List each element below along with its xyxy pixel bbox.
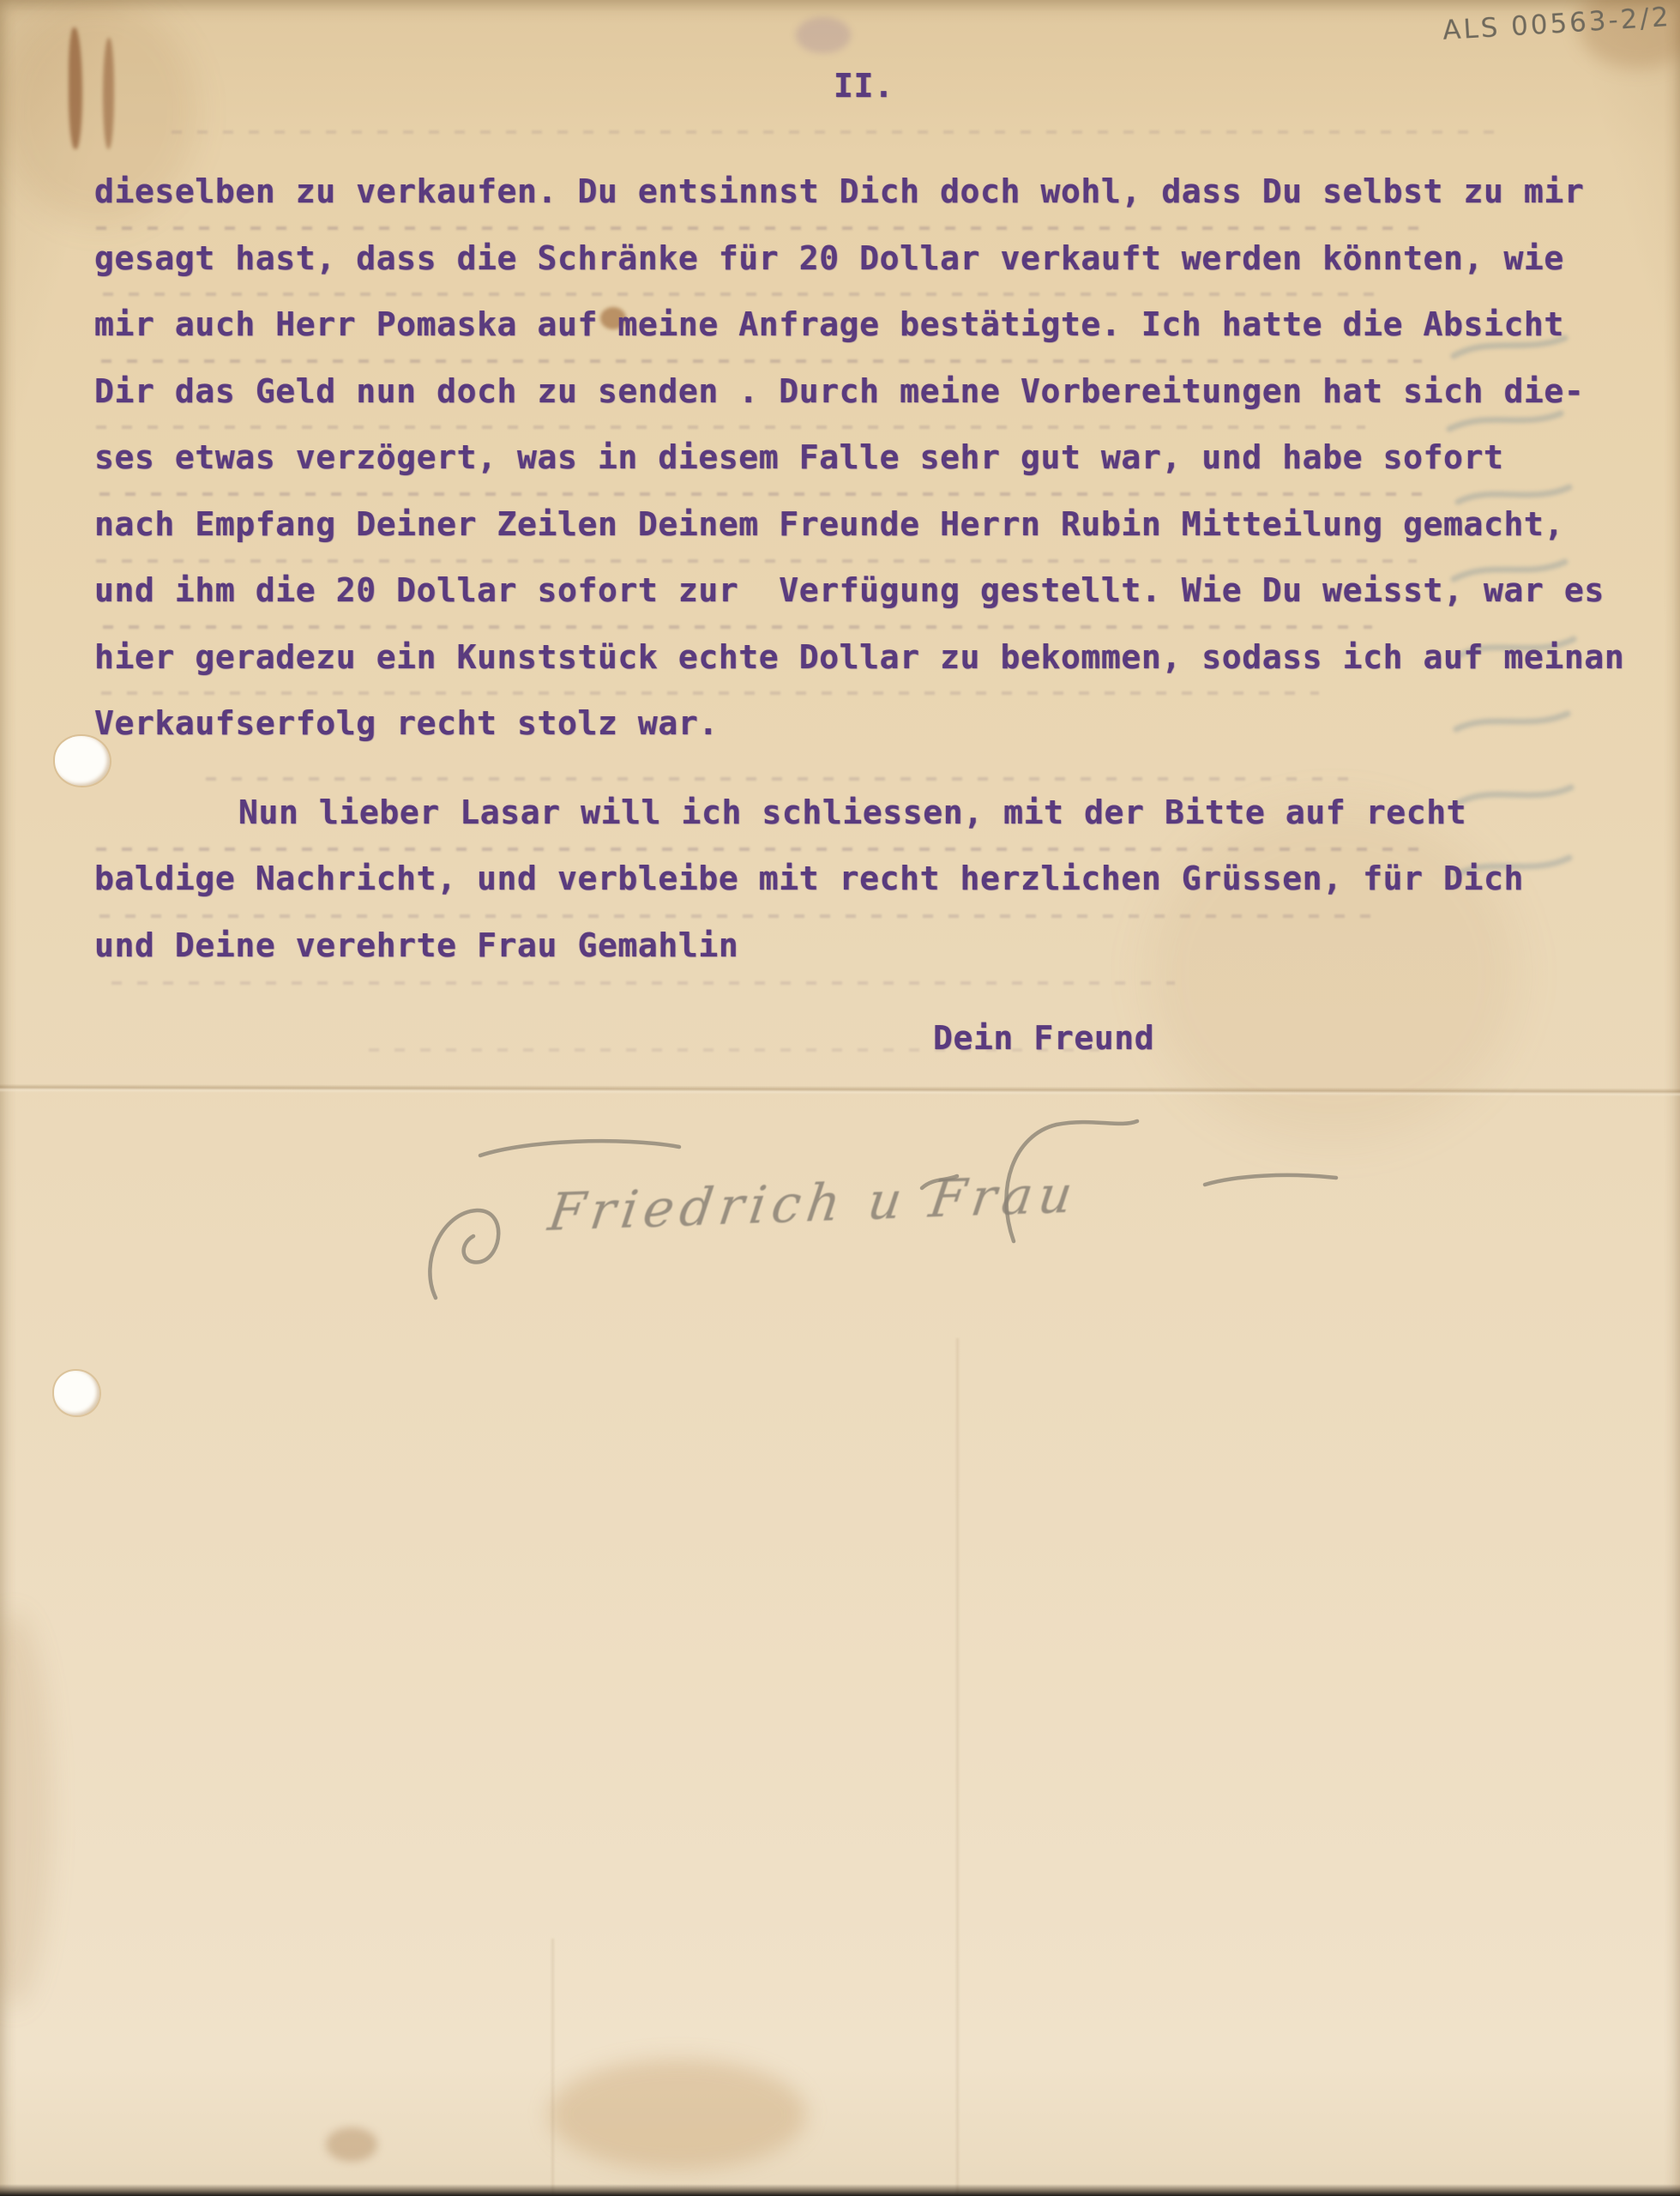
typed-line: und Deine verehrte Frau Gemahlin [94, 913, 1624, 980]
ghost-impression-line [111, 981, 1175, 985]
typed-line: Verkaufserfolg recht stolz war. [94, 691, 1624, 757]
punch-hole [54, 1371, 99, 1415]
typed-line: nach Empfang Deiner Zeilen Deinem Freund… [94, 492, 1624, 558]
paragraph: dieselben zu verkaufen. Du entsinnst Dic… [94, 159, 1624, 757]
scan-edge [0, 2184, 1680, 2196]
typed-line: Dir das Geld nun doch zu senden . Durch … [94, 359, 1624, 425]
typed-line: und ihm die 20 Dollar sofort zur Verfügu… [94, 558, 1624, 624]
fold-crease [956, 1338, 959, 2196]
typed-line: baldige Nachricht, und verbleibe mit rec… [94, 846, 1624, 913]
typed-line: hier geradezu ein Kunststück echte Dolla… [94, 624, 1624, 691]
typed-line: dieselben zu verkaufen. Du entsinnst Dic… [94, 159, 1624, 226]
typed-line: gesagt hast, dass die Schränke für 20 Do… [94, 226, 1624, 293]
paper-stain [796, 17, 851, 53]
fold-crease [551, 1939, 554, 2196]
typed-line: ses etwas verzögert, was in diesem Falle… [94, 425, 1624, 492]
typed-line: mir auch Herr Pomaska auf meine Anfrage … [94, 292, 1624, 359]
letter-body: dieselben zu verkaufen. Du entsinnst Dic… [94, 159, 1624, 979]
letter-page-scan: ALS 00563-2/2 II. dieselben zu verkaufen… [0, 0, 1680, 2196]
page-number: II. [834, 67, 894, 105]
typed-line: Nun lieber Lasar will ich schliessen, mi… [94, 780, 1624, 847]
closing-line: Dein Freund [933, 1019, 1154, 1057]
paragraph: Nun lieber Lasar will ich schliessen, mi… [94, 780, 1624, 980]
paper-stain [326, 2127, 377, 2162]
paper-stain [0, 1613, 51, 2007]
ghost-impression-line [172, 130, 1509, 134]
paper-stain [549, 2059, 806, 2170]
